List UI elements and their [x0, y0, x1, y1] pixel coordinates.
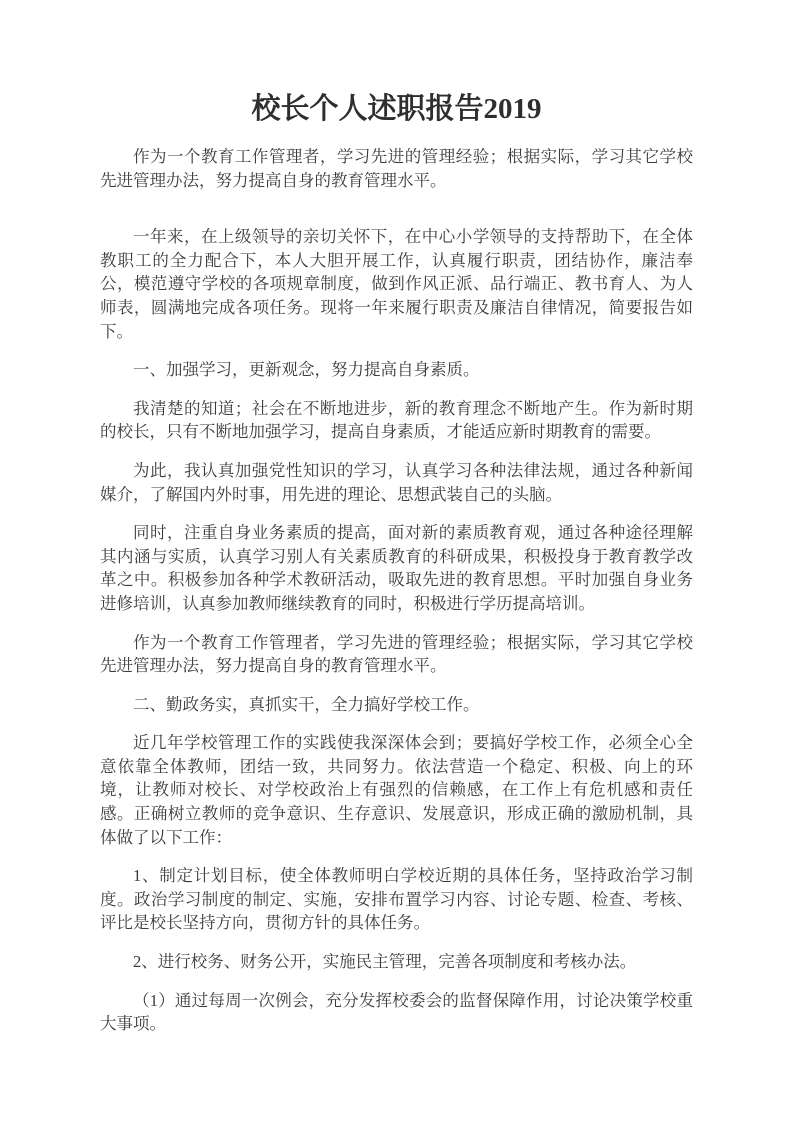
- paragraph-section1-1: 我清楚的知道；社会在不断地进步，新的教育理念不断地产生。作为新时期的校长，只有不…: [100, 397, 693, 444]
- paragraph-section1-4: 作为一个教育工作管理者，学习先进的管理经验；根据实际，学习其它学校先进管理办法，…: [100, 631, 693, 678]
- paragraph-section2-item-2: 2、进行校务、财务公开，实施民主管理，完善各项制度和考核办法。: [100, 950, 693, 974]
- paragraph-year-overview: 一年来，在上级领导的亲切关怀下，在中心小学领导的支持帮助下，在全体教职工的全力配…: [100, 225, 693, 343]
- section-heading-2: 二、勤政务实，真抓实干，全力搞好学校工作。: [100, 693, 693, 717]
- document-title: 校长个人述职报告2019: [100, 90, 693, 128]
- paragraph-section1-2: 为此，我认真加强党性知识的学习，认真学习各种法律法规，通过各种新闻媒介，了解国内…: [100, 459, 693, 506]
- document-page: 校长个人述职报告2019 作为一个教育工作管理者，学习先进的管理经验；根据实际，…: [0, 0, 793, 1122]
- paragraph-section2-item-1: 1、制定计划目标，使全体教师明白学校近期的具体任务，坚持政治学习制度。政治学习制…: [100, 864, 693, 935]
- paragraph-intro: 作为一个教育工作管理者，学习先进的管理经验；根据实际，学习其它学校先进管理办法，…: [100, 145, 693, 192]
- paragraph-section2-item-2-sub-1: （1）通过每周一次例会，充分发挥校委会的监督保障作用，讨论决策学校重大事项。: [100, 989, 693, 1036]
- paragraph-section2-1: 近几年学校管理工作的实践使我深深体会到；要搞好学校工作，必须全心全意依靠全体教师…: [100, 731, 693, 849]
- paragraph-section1-3: 同时，注重自身业务素质的提高，面对新的素质教育观，通过各种途径理解其内涵与实质，…: [100, 521, 693, 615]
- document-content: 校长个人述职报告2019 作为一个教育工作管理者，学习先进的管理经验；根据实际，…: [100, 90, 693, 1051]
- section-heading-1: 一、加强学习，更新观念，努力提高自身素质。: [100, 358, 693, 382]
